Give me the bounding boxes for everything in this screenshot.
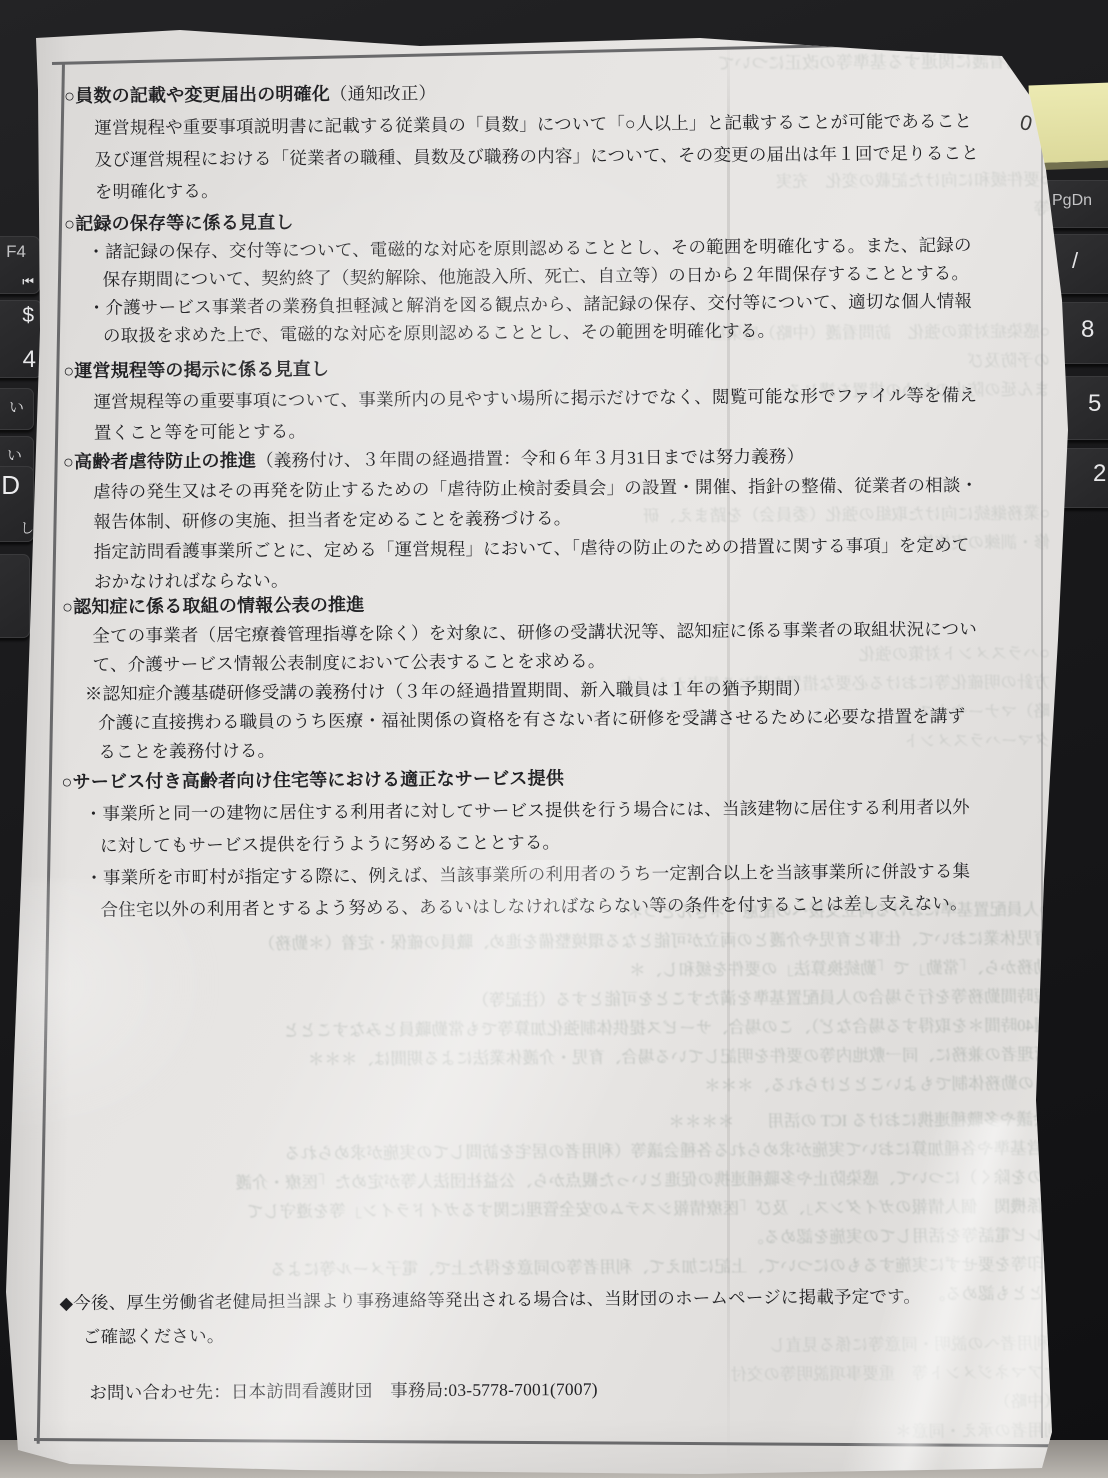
section-ninchisho-koryo: ○認知症に係る取組の情報公表の推進 全ての事業者（居宅療養管理指導を除く）を対象… (62, 586, 978, 767)
key-slash-label: / (1072, 248, 1078, 274)
key-i-kana-upper: い (0, 388, 34, 430)
contact-info: お問い合わせ先：日本訪問看護財団 事務局:03-5778-7001(7007) (66, 1372, 598, 1410)
section-gyakutai-boshi: ○高齢者虐待防止の推進（義務付け、３年間の経過措置：令和６年３月31日までは努力… (63, 440, 979, 597)
key-f4: F4 ⏮ (0, 236, 40, 294)
pen-scribble (962, 28, 1024, 56)
key-d-label: D (1, 470, 20, 501)
footer-notice: ◆今後、厚生労働省老健局担当課より事務連絡等発出される場合は、当財団のホームペー… (59, 1279, 921, 1354)
key-5-label: 5 (1088, 390, 1101, 418)
key-blank-left (0, 554, 30, 638)
key-4-dollar: $ 4 (0, 300, 42, 378)
paper-sheet: 訪問看護に関連する基準等の改正について ○要件緩和に向けた記載の変化 充実等 ○… (0, 0, 1108, 1478)
heading-note: （義務付け、３年間の経過措置：令和６年３月31日までは努力義務） (256, 446, 804, 470)
notice-line: ご確認ください。 (83, 1313, 922, 1354)
key-i-kana-label: い (9, 396, 24, 417)
section-insu-kisai: ○員数の記載や変更届出の明確化（通知改正） 運営規程や重要事項説明書に記載する従… (64, 73, 979, 208)
key-8-label: 8 (1081, 316, 1094, 344)
notice-line: ◆今後、厚生労働省老健局担当課より事務連絡等発出される場合は、当財団のホームペー… (59, 1279, 921, 1320)
section-kiroku-hozon: ○記録の保存等に係る見直し ・諸記録の保存、交付等について、電磁的な対応を原則認… (64, 203, 972, 350)
key-shi-kana-label: し (20, 518, 34, 538)
document-content: ○員数の記載や変更届出の明確化（通知改正） 運営規程や重要事項説明書に記載する従… (0, 0, 1108, 1478)
body-line: 合住宅以外の利用者とするよう努める、あるいはしなければならない等の条件を付するこ… (100, 887, 970, 926)
key-4-label: 4 (23, 346, 36, 374)
body-line: の取扱を求めた上で、電磁的な対応を原則認めることとし、その範囲を明確化する。 (103, 315, 972, 350)
skip-back-icon: ⏮ (22, 274, 34, 290)
key-dollar-label: $ (22, 304, 34, 328)
heading-note: （通知改正） (330, 83, 436, 104)
key-2-label: 2 (1093, 460, 1106, 488)
key-f4-label: F4 (6, 242, 26, 262)
photo-of-document-on-keyboard: F4 ⏮ $ 4 い い D し PgDn / 8 5 2 訪問看護に関連する基… (0, 0, 1108, 1478)
key-pgdn-label: PgDn (1052, 192, 1092, 210)
contact-line: お問い合わせ先：日本訪問看護財団 事務局:03-5778-7001(7007) (89, 1372, 598, 1410)
section-unei-kitei-keiji: ○運営規程等の掲示に係る見直し 運営規程等の重要事項について、事業所内の見やすい… (63, 349, 977, 449)
section-sakoju-service: ○サービス付き高齢者向け住宅等における適正なサービス提供 ・事業所と同一の建物に… (61, 759, 970, 926)
key-d: D し (0, 466, 34, 542)
key-i-kana-label: い (7, 444, 22, 465)
